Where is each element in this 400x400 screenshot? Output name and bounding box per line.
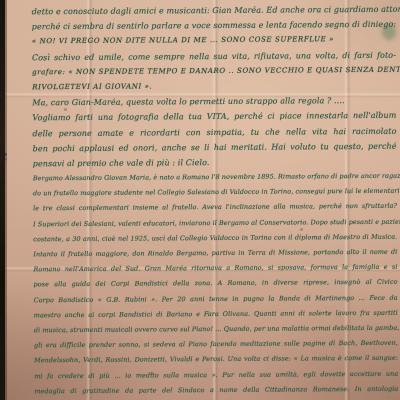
manuscript-line: perché ci sembra di sentirlo parlare a v… [32,17,396,35]
photo-dark-left-edge [0,0,5,400]
manuscript-line: medaglia di gratitudine da parte del Sin… [34,381,398,399]
manuscript-line: grafare: « NON SPENDETE TEMPO E DANARO .… [32,62,396,80]
manuscript-photo: detto e conosciuto dagli amici e musican… [0,0,400,400]
manuscript-lines: detto e conosciuto dagli amici e musican… [32,2,399,399]
manuscript-line: ben pochi applausi ed onori, anche se li… [33,138,397,156]
